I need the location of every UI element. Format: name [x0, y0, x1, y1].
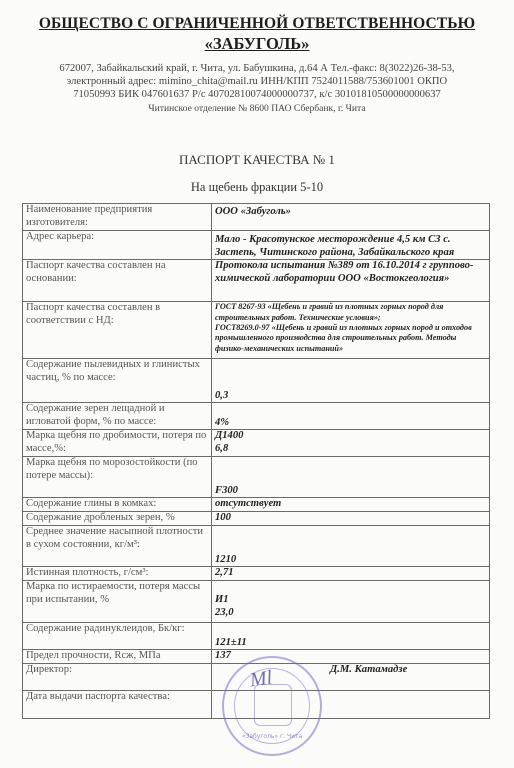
- row-value: 4%: [212, 403, 490, 430]
- contact-details: 672007, Забайкальский край, г. Чита, ул.…: [0, 62, 514, 115]
- table-row: Адрес карьера: Мало - Красотунское место…: [23, 231, 490, 260]
- quality-passport-table: Наименование предприятия изготовителя: О…: [22, 203, 490, 719]
- table-row: Паспорт качества составлен в соответстви…: [23, 302, 490, 359]
- row-label: Адрес карьера:: [23, 231, 212, 260]
- row-label: Дата выдачи паспорта качества:: [23, 691, 212, 719]
- row-value: F300: [212, 457, 490, 498]
- issue-date-value: [212, 691, 490, 719]
- table-row: Содержание глины в комках: отсутствует: [23, 498, 490, 512]
- table-row: Истинная плотность, г/см³: 2,71: [23, 567, 490, 581]
- crushability-grade: Д1400: [215, 430, 486, 443]
- row-value: 2,71: [212, 567, 490, 581]
- row-label: Содержание глины в комках:: [23, 498, 212, 512]
- row-value: 137: [212, 650, 490, 664]
- crushability-loss: 6,8: [215, 443, 486, 456]
- organization-name-line1: ОБЩЕСТВО С ОГРАНИЧЕННОЙ ОТВЕТСТВЕННОСТЬЮ: [0, 14, 514, 33]
- row-value: Д1400 6,8: [212, 430, 490, 457]
- table-row: Содержание пылевидных и глинистых частиц…: [23, 359, 490, 403]
- row-label: Паспорт качества составлен на основании:: [23, 260, 212, 302]
- table-row: Паспорт качества составлен на основании:…: [23, 260, 490, 302]
- table-row: Содержание зерен лещадной и игловатой фо…: [23, 403, 490, 430]
- table-row: Дата выдачи паспорта качества:: [23, 691, 490, 719]
- table-row: Содержание радинуклеидов, Бк/кг: 121±11: [23, 623, 490, 650]
- row-label: Наименование предприятия изготовителя:: [23, 204, 212, 231]
- document-title: ПАСПОРТ КАЧЕСТВА № 1: [0, 152, 514, 168]
- row-label: Марка щебня по дробимости, потеря по мас…: [23, 430, 212, 457]
- table-row: Марка щебня по морозостойкости (по потер…: [23, 457, 490, 498]
- row-label: Истинная плотность, г/см³:: [23, 567, 212, 581]
- row-value: 100: [212, 512, 490, 526]
- row-label: Директор:: [23, 664, 212, 691]
- row-label: Марка по истираемости, потеря массы при …: [23, 581, 212, 623]
- table-row: Марка щебня по дробимости, потеря по мас…: [23, 430, 490, 457]
- row-value: ГОСТ 8267-93 «Щебень и гравий из плотных…: [212, 302, 490, 359]
- table-row: Среднее значение насыпной плотности в су…: [23, 526, 490, 567]
- row-label: Среднее значение насыпной плотности в су…: [23, 526, 212, 567]
- table-row: Содержание дробленых зерен, % 100: [23, 512, 490, 526]
- document-subtitle: На щебень фракции 5-10: [0, 180, 514, 195]
- row-value: 121±11: [212, 623, 490, 650]
- row-value: ООО «Забуголь»: [212, 204, 490, 231]
- director-signature: Ml: [249, 667, 274, 693]
- abrasion-grade: И1: [215, 594, 486, 607]
- table-row: Марка по истираемости, потеря массы при …: [23, 581, 490, 623]
- table-row: Предел прочности, Rсж, МПа 137: [23, 650, 490, 664]
- letterhead: ОБЩЕСТВО С ОГРАНИЧЕННОЙ ОТВЕТСТВЕННОСТЬЮ…: [0, 14, 514, 115]
- row-value: Мало - Красотунское месторождение 4,5 км…: [212, 231, 490, 260]
- row-label: Содержание пылевидных и глинистых частиц…: [23, 359, 212, 403]
- row-value: И1 23,0: [212, 581, 490, 623]
- row-label: Содержание зерен лещадной и игловатой фо…: [23, 403, 212, 430]
- row-label: Содержание дробленых зерен, %: [23, 512, 212, 526]
- standard-gost-8267: ГОСТ 8267-93 «Щебень и гравий из плотных…: [215, 302, 486, 323]
- row-value: 0,3: [212, 359, 490, 403]
- table-row: Наименование предприятия изготовителя: О…: [23, 204, 490, 231]
- row-value: отсутствует: [212, 498, 490, 512]
- standard-gost-8269: ГОСТ8269.0-97 «Щебень и гравий из плотны…: [215, 323, 486, 354]
- organization-name-line2: «ЗАБУГОЛЬ»: [0, 33, 514, 55]
- row-value: Протокола испытания №389 от 16.10.2014 г…: [212, 260, 490, 302]
- contact-bank-accounts: 71050993 БИК 047601637 Р/с 4070281007400…: [0, 88, 514, 101]
- row-label: Содержание радинуклеидов, Бк/кг:: [23, 623, 212, 650]
- row-label: Марка щебня по морозостойкости (по потер…: [23, 457, 212, 498]
- contact-address: 672007, Забайкальский край, г. Чита, ул.…: [0, 62, 514, 75]
- row-label: Паспорт качества составлен в соответстви…: [23, 302, 212, 359]
- contact-bank-branch: Читинское отделение № 8600 ПАО Сбербанк,…: [0, 102, 514, 115]
- seal-text: «Забуголь» г. Чита: [224, 733, 320, 740]
- row-label: Предел прочности, Rсж, МПа: [23, 650, 212, 664]
- abrasion-loss: 23,0: [215, 607, 486, 620]
- contact-email-inn: электронный адрес: mimino_chita@mail.ru …: [0, 75, 514, 88]
- row-value: 1210: [212, 526, 490, 567]
